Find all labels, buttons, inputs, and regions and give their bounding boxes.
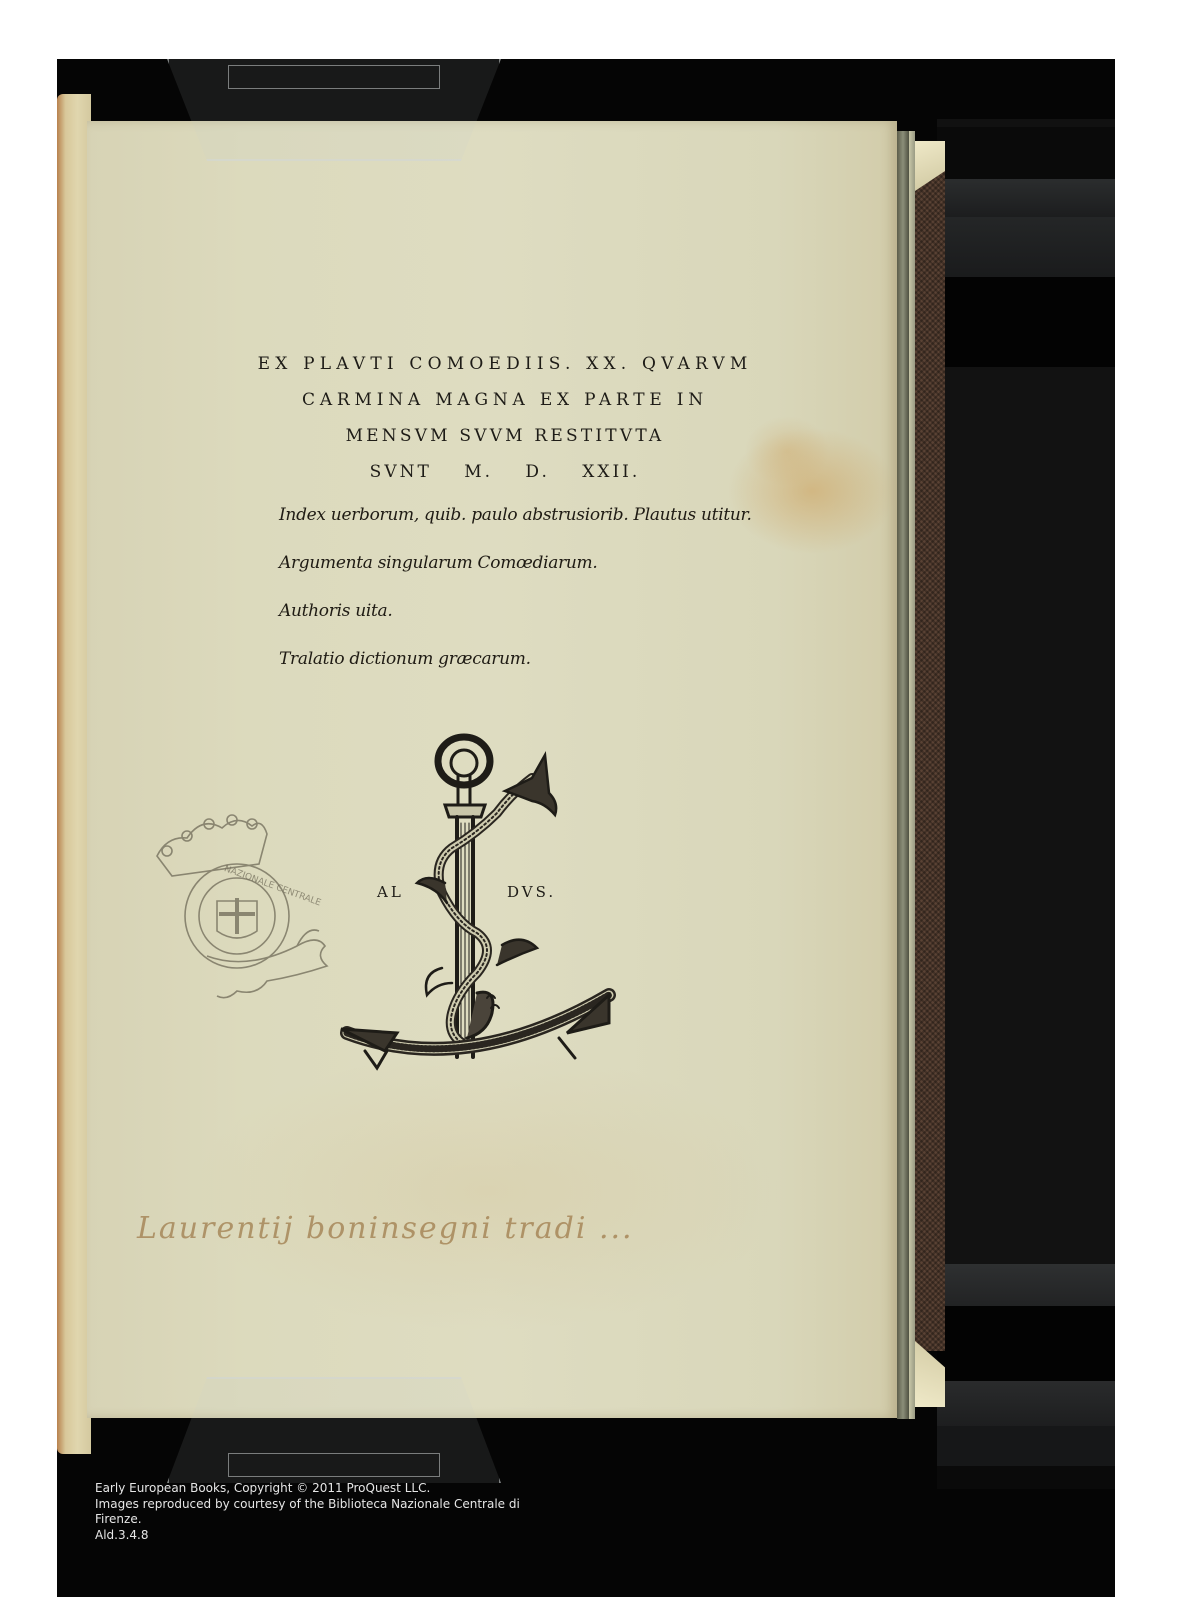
title-block: EX PLAVTI COMOEDIIS. XX. QVARVM CARMINA … — [235, 346, 775, 490]
caption-line: Early European Books, Copyright © 2011 P… — [95, 1481, 520, 1497]
title-line: SVNT M. D. XXII. — [235, 454, 775, 490]
caption-line: Firenze. — [95, 1512, 520, 1528]
anchor-dolphin-icon — [327, 733, 617, 1073]
copyright-caption: Early European Books, Copyright © 2011 P… — [95, 1481, 520, 1543]
contents-entry: Argumenta singularum Comœdiarum. — [279, 551, 799, 575]
contents-list: Index uerborum, quib. paulo abstrusiorib… — [279, 503, 799, 695]
page-clip-bottom — [167, 1377, 501, 1483]
printer-device: AL DVS. — [327, 733, 617, 1073]
book-fore-edge — [897, 131, 945, 1419]
left-page-edge — [57, 94, 91, 1454]
contents-entry: Authoris uita. — [279, 599, 799, 623]
device-label-right: DVS. — [507, 883, 556, 901]
caption-line: Images reproduced by courtesy of the Bib… — [95, 1497, 520, 1513]
book-cradle — [937, 119, 1115, 1489]
handwritten-note: Laurentij boninsegni tradi ... — [137, 1211, 877, 1246]
shelfmark: Ald.3.4.8 — [95, 1528, 520, 1544]
scanned-page-image: EX PLAVTI COMOEDIIS. XX. QVARVM CARMINA … — [57, 59, 1115, 1597]
title-line: MENSVM SVVM RESTITVTA — [235, 418, 775, 454]
page-clip-top — [167, 59, 501, 161]
library-stamp-icon: NAZIONALE CENTRALE — [147, 806, 347, 1006]
contents-entry: Index uerborum, quib. paulo abstrusiorib… — [279, 503, 799, 527]
contents-entry: Tralatio dictionum græcarum. — [279, 647, 799, 671]
device-label-left: AL — [377, 883, 404, 901]
title-line: EX PLAVTI COMOEDIIS. XX. QVARVM — [235, 346, 775, 382]
title-page: EX PLAVTI COMOEDIIS. XX. QVARVM CARMINA … — [87, 121, 897, 1418]
title-line: CARMINA MAGNA EX PARTE IN — [235, 382, 775, 418]
